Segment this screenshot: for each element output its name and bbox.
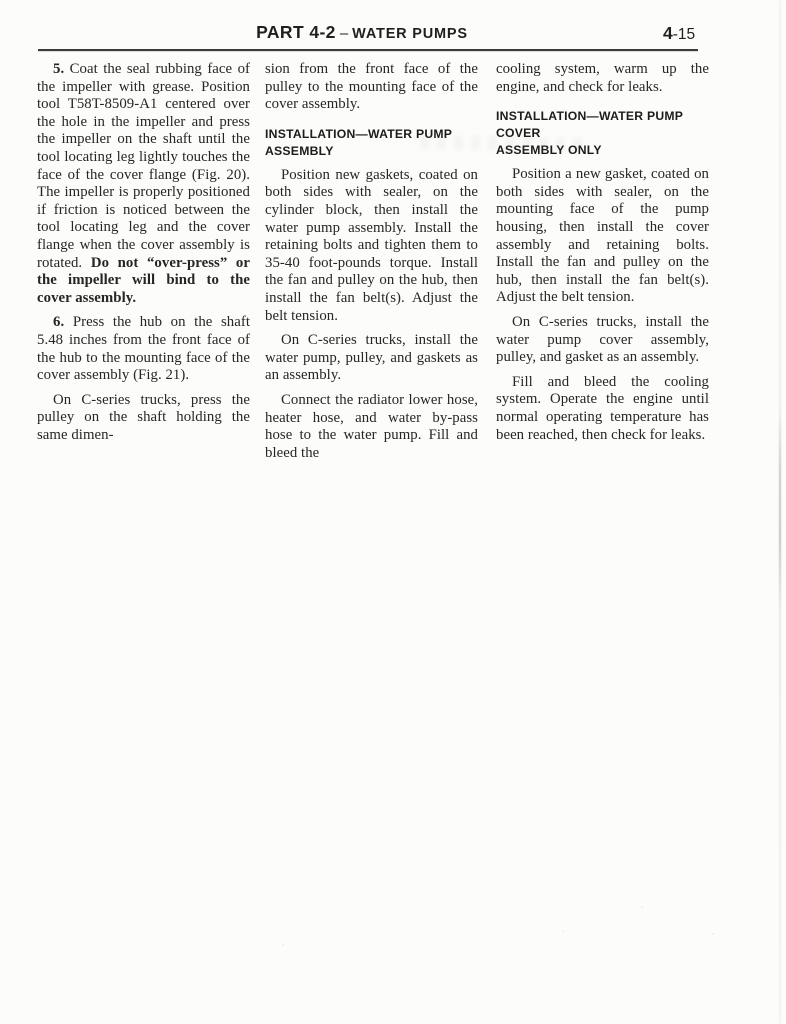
page-number: 4-15 [663,23,695,44]
column-2: sion from the front face of the pulley t… [265,61,478,462]
step-6-paragraph: 6. Press the hub on the shaft 5.48 inche… [37,314,250,384]
fill-and-bleed-paragraph: Fill and bleed the cooling system. Opera… [496,374,709,444]
scan-noise [712,933,714,935]
connect-hoses-paragraph: Connect the radiator lower hose, heater … [265,392,478,462]
step-6-text: Press the hub on the shaft 5.48 inches f… [37,314,250,383]
c-series-install-paragraph: On C-series trucks, install the water pu… [265,332,478,385]
step-5-number: 5. [53,61,64,77]
c-series-cover-paragraph: On C-series trucks, install the water pu… [496,314,709,367]
page-number-rest: -15 [673,26,695,43]
header-dash: – [336,25,352,42]
step-5-text: Coat the seal rubbing face of the impell… [37,61,250,271]
step-5-paragraph: 5. Coat the seal rubbing face of the imp… [37,61,250,307]
install-gaskets-paragraph: Position new gaskets, coated on both sid… [265,167,478,325]
step-6-number: 6. [53,314,64,330]
c-series-press-paragraph: On C-series trucks, press the pulley on … [37,392,250,445]
continuation-paragraph: cooling system, warm up the engine, and … [496,61,709,96]
header-rule [38,49,698,51]
column-3: cooling system, warm up the engine, and … [496,61,709,444]
column-1: 5. Coat the seal rubbing face of the imp… [37,61,250,444]
part-number-label: PART 4-2 [256,22,336,42]
scan-noise [282,944,284,946]
scan-noise [562,930,564,932]
page-number-bold: 4 [663,23,673,43]
show-through-ghost-text [420,135,585,153]
continuation-paragraph: sion from the front face of the pulley t… [265,61,478,114]
page-edge-shadow [779,0,781,1024]
section-title: WATER PUMPS [352,26,468,42]
position-gasket-paragraph: Position a new gasket, coated on both si… [496,166,709,307]
manual-page: PART 4-2–WATER PUMPS 4-15 5. Coat the se… [0,0,786,1024]
heading-installation-cover-assembly-only: INSTALLATION—WATER PUMP COVER ASSEMBLY O… [496,108,709,159]
scan-noise [95,935,97,937]
page-header: PART 4-2–WATER PUMPS [38,22,686,43]
scan-noise [641,906,643,908]
